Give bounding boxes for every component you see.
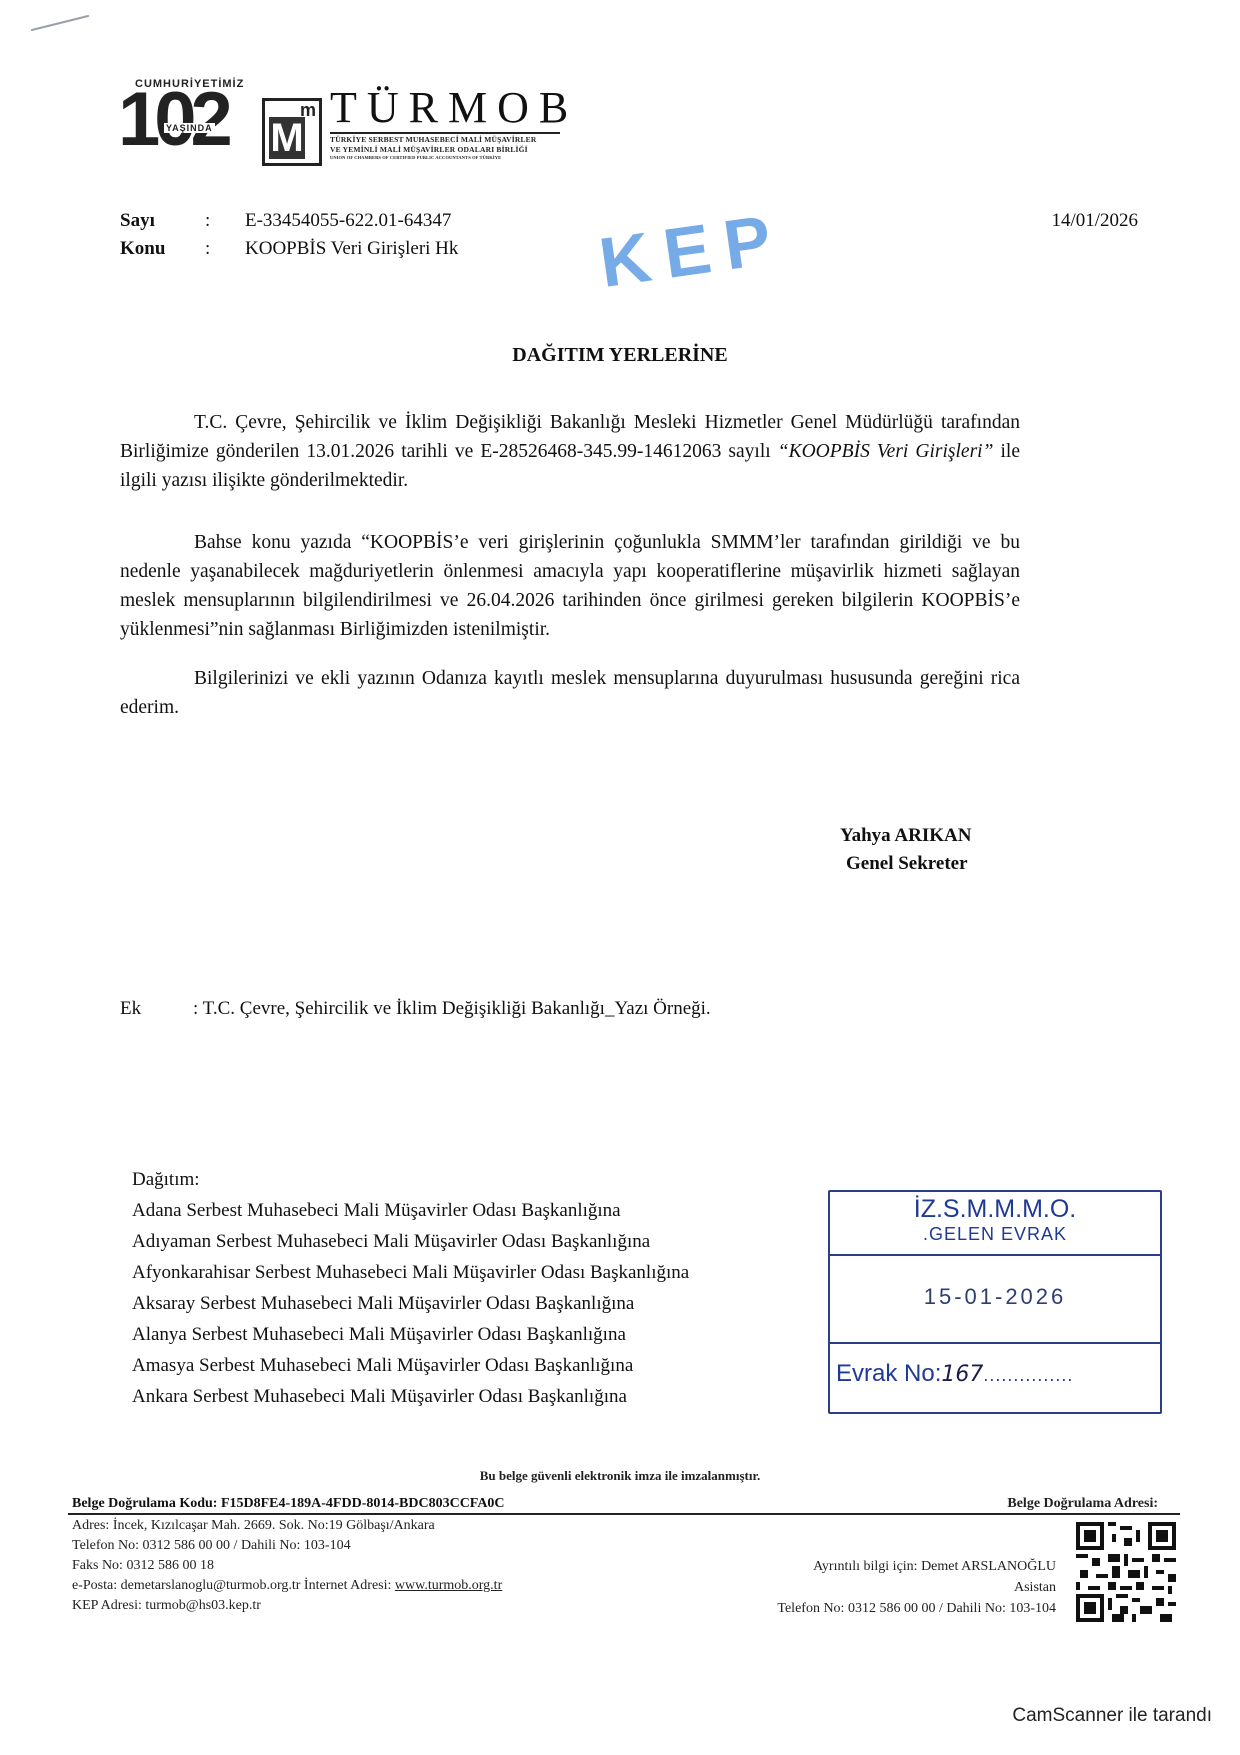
stamp-divider bbox=[830, 1254, 1160, 1256]
number-label: Sayı bbox=[120, 210, 155, 232]
contact-label: Ayrıntılı bilgi için: Demet ARSLANOĞLU bbox=[777, 1556, 1056, 1577]
list-item: Ankara Serbest Muhasebeci Mali Müşavirle… bbox=[132, 1381, 689, 1412]
list-item: Alanya Serbest Muhasebeci Mali Müşavirle… bbox=[132, 1319, 689, 1350]
turmob-emblem-icon: m M bbox=[262, 98, 322, 166]
attachment-label: Ek bbox=[120, 998, 141, 1020]
kep-address: KEP Adresi: turmob@hs03.kep.tr bbox=[72, 1596, 502, 1616]
anniversary-number: 102 bbox=[118, 82, 227, 158]
body-paragraph-3: Bilgilerinizi ve ekli yazının Odanıza ka… bbox=[120, 664, 1020, 722]
org-name: TÜRMOB bbox=[330, 86, 578, 130]
signatory-name: Yahya ARIKAN bbox=[840, 822, 971, 850]
document-number: E-33454055-622.01-64347 bbox=[245, 210, 451, 232]
list-item: Aksaray Serbest Muhasebeci Mali Müşavirl… bbox=[132, 1288, 689, 1319]
anniversary-bottom-text: YAŞINDA bbox=[164, 123, 215, 133]
distribution-heading: Dağıtım: bbox=[132, 1164, 689, 1195]
esign-note: Bu belge güvenli elektronik imza ile imz… bbox=[0, 1468, 1240, 1484]
evrak-label: Evrak No: bbox=[836, 1360, 941, 1387]
recipient-title: DAĞITIM YERLERİNE bbox=[0, 344, 1240, 367]
signature-block: Yahya ARIKAN Genel Sekreter bbox=[840, 822, 971, 878]
stamp-evrak-row: Evrak No:167............... bbox=[836, 1360, 1073, 1388]
logo-divider bbox=[330, 132, 560, 134]
org-full-name-english: UNION OF CHAMBERS OF CERTIFIED PUBLIC AC… bbox=[330, 155, 501, 160]
list-item: Adıyaman Serbest Muhasebeci Mali Müşavir… bbox=[132, 1226, 689, 1257]
fax: Faks No: 0312 586 00 18 bbox=[72, 1556, 502, 1576]
verification-code: Belge Doğrulama Kodu: F15D8FE4-189A-4FDD… bbox=[72, 1496, 505, 1512]
body-paragraph-1: T.C. Çevre, Şehircilik ve İklim Değişikl… bbox=[120, 408, 1020, 495]
stamp-divider bbox=[830, 1342, 1160, 1344]
org-full-name-line1: TÜRKİYE SERBEST MUHASEBECİ MALİ MÜŞAVİRL… bbox=[330, 135, 537, 144]
footer-divider bbox=[68, 1513, 1180, 1515]
phone: Telefon No: 0312 586 00 00 / Dahili No: … bbox=[72, 1536, 502, 1556]
number-colon: : bbox=[205, 210, 210, 232]
attachment-value: : T.C. Çevre, Şehircilik ve İklim Değişi… bbox=[193, 998, 711, 1020]
qr-code-icon[interactable] bbox=[1076, 1522, 1176, 1622]
list-item: Adana Serbest Muhasebeci Mali Müşavirler… bbox=[132, 1195, 689, 1226]
scan-artifact bbox=[31, 15, 90, 31]
distribution-list: Dağıtım: Adana Serbest Muhasebeci Mali M… bbox=[132, 1164, 689, 1412]
body-paragraph-2: Bahse konu yazıda “KOOPBİS’e veri girişl… bbox=[120, 528, 1020, 644]
website-link[interactable]: www.turmob.org.tr bbox=[395, 1578, 502, 1593]
document-date: 14/01/2026 bbox=[1051, 210, 1138, 232]
anniversary-top-text: CUMHURİYETİMİZ bbox=[135, 78, 244, 90]
signatory-title: Genel Sekreter bbox=[840, 850, 971, 878]
stamp-subtitle: .GELEN EVRAK bbox=[830, 1224, 1160, 1245]
address: Adres: İncek, Kızılcaşar Mah. 2669. Sok.… bbox=[72, 1516, 502, 1536]
received-document-stamp: İZ.S.M.M.M.O. .GELEN EVRAK 15-01-2026 Ev… bbox=[828, 1190, 1162, 1414]
contact-person: Ayrıntılı bilgi için: Demet ARSLANOĞLU A… bbox=[777, 1556, 1056, 1619]
contact-info: Adres: İncek, Kızılcaşar Mah. 2669. Sok.… bbox=[72, 1516, 502, 1616]
org-full-name-line2: VE YEMİNLİ MALİ MÜŞAVİRLER ODALARI BİRLİ… bbox=[330, 145, 528, 154]
subject-colon: : bbox=[205, 238, 210, 260]
email-and-website: e-Posta: demetarslanoglu@turmob.org.tr İ… bbox=[72, 1576, 502, 1596]
contact-title: Asistan bbox=[777, 1577, 1056, 1598]
evrak-number: 167 bbox=[941, 1362, 983, 1387]
list-item: Afyonkarahisar Serbest Muhasebeci Mali M… bbox=[132, 1257, 689, 1288]
stamp-date: 15-01-2026 bbox=[830, 1284, 1160, 1310]
verification-address-label: Belge Doğrulama Adresi: bbox=[1007, 1496, 1158, 1512]
contact-phone: Telefon No: 0312 586 00 00 / Dahili No: … bbox=[777, 1598, 1056, 1619]
referenced-title: “KOOPBİS Veri Girişleri” bbox=[778, 441, 994, 462]
list-item: Amasya Serbest Muhasebeci Mali Müşavirle… bbox=[132, 1350, 689, 1381]
subject-label: Konu bbox=[120, 238, 165, 260]
kep-stamp: KEP bbox=[595, 203, 789, 298]
stamp-org: İZ.S.M.M.M.O. bbox=[830, 1196, 1160, 1222]
scanner-watermark: CamScanner ile tarandı bbox=[1012, 1705, 1212, 1727]
document-subject: KOOPBİS Veri Girişleri Hk bbox=[245, 238, 458, 260]
